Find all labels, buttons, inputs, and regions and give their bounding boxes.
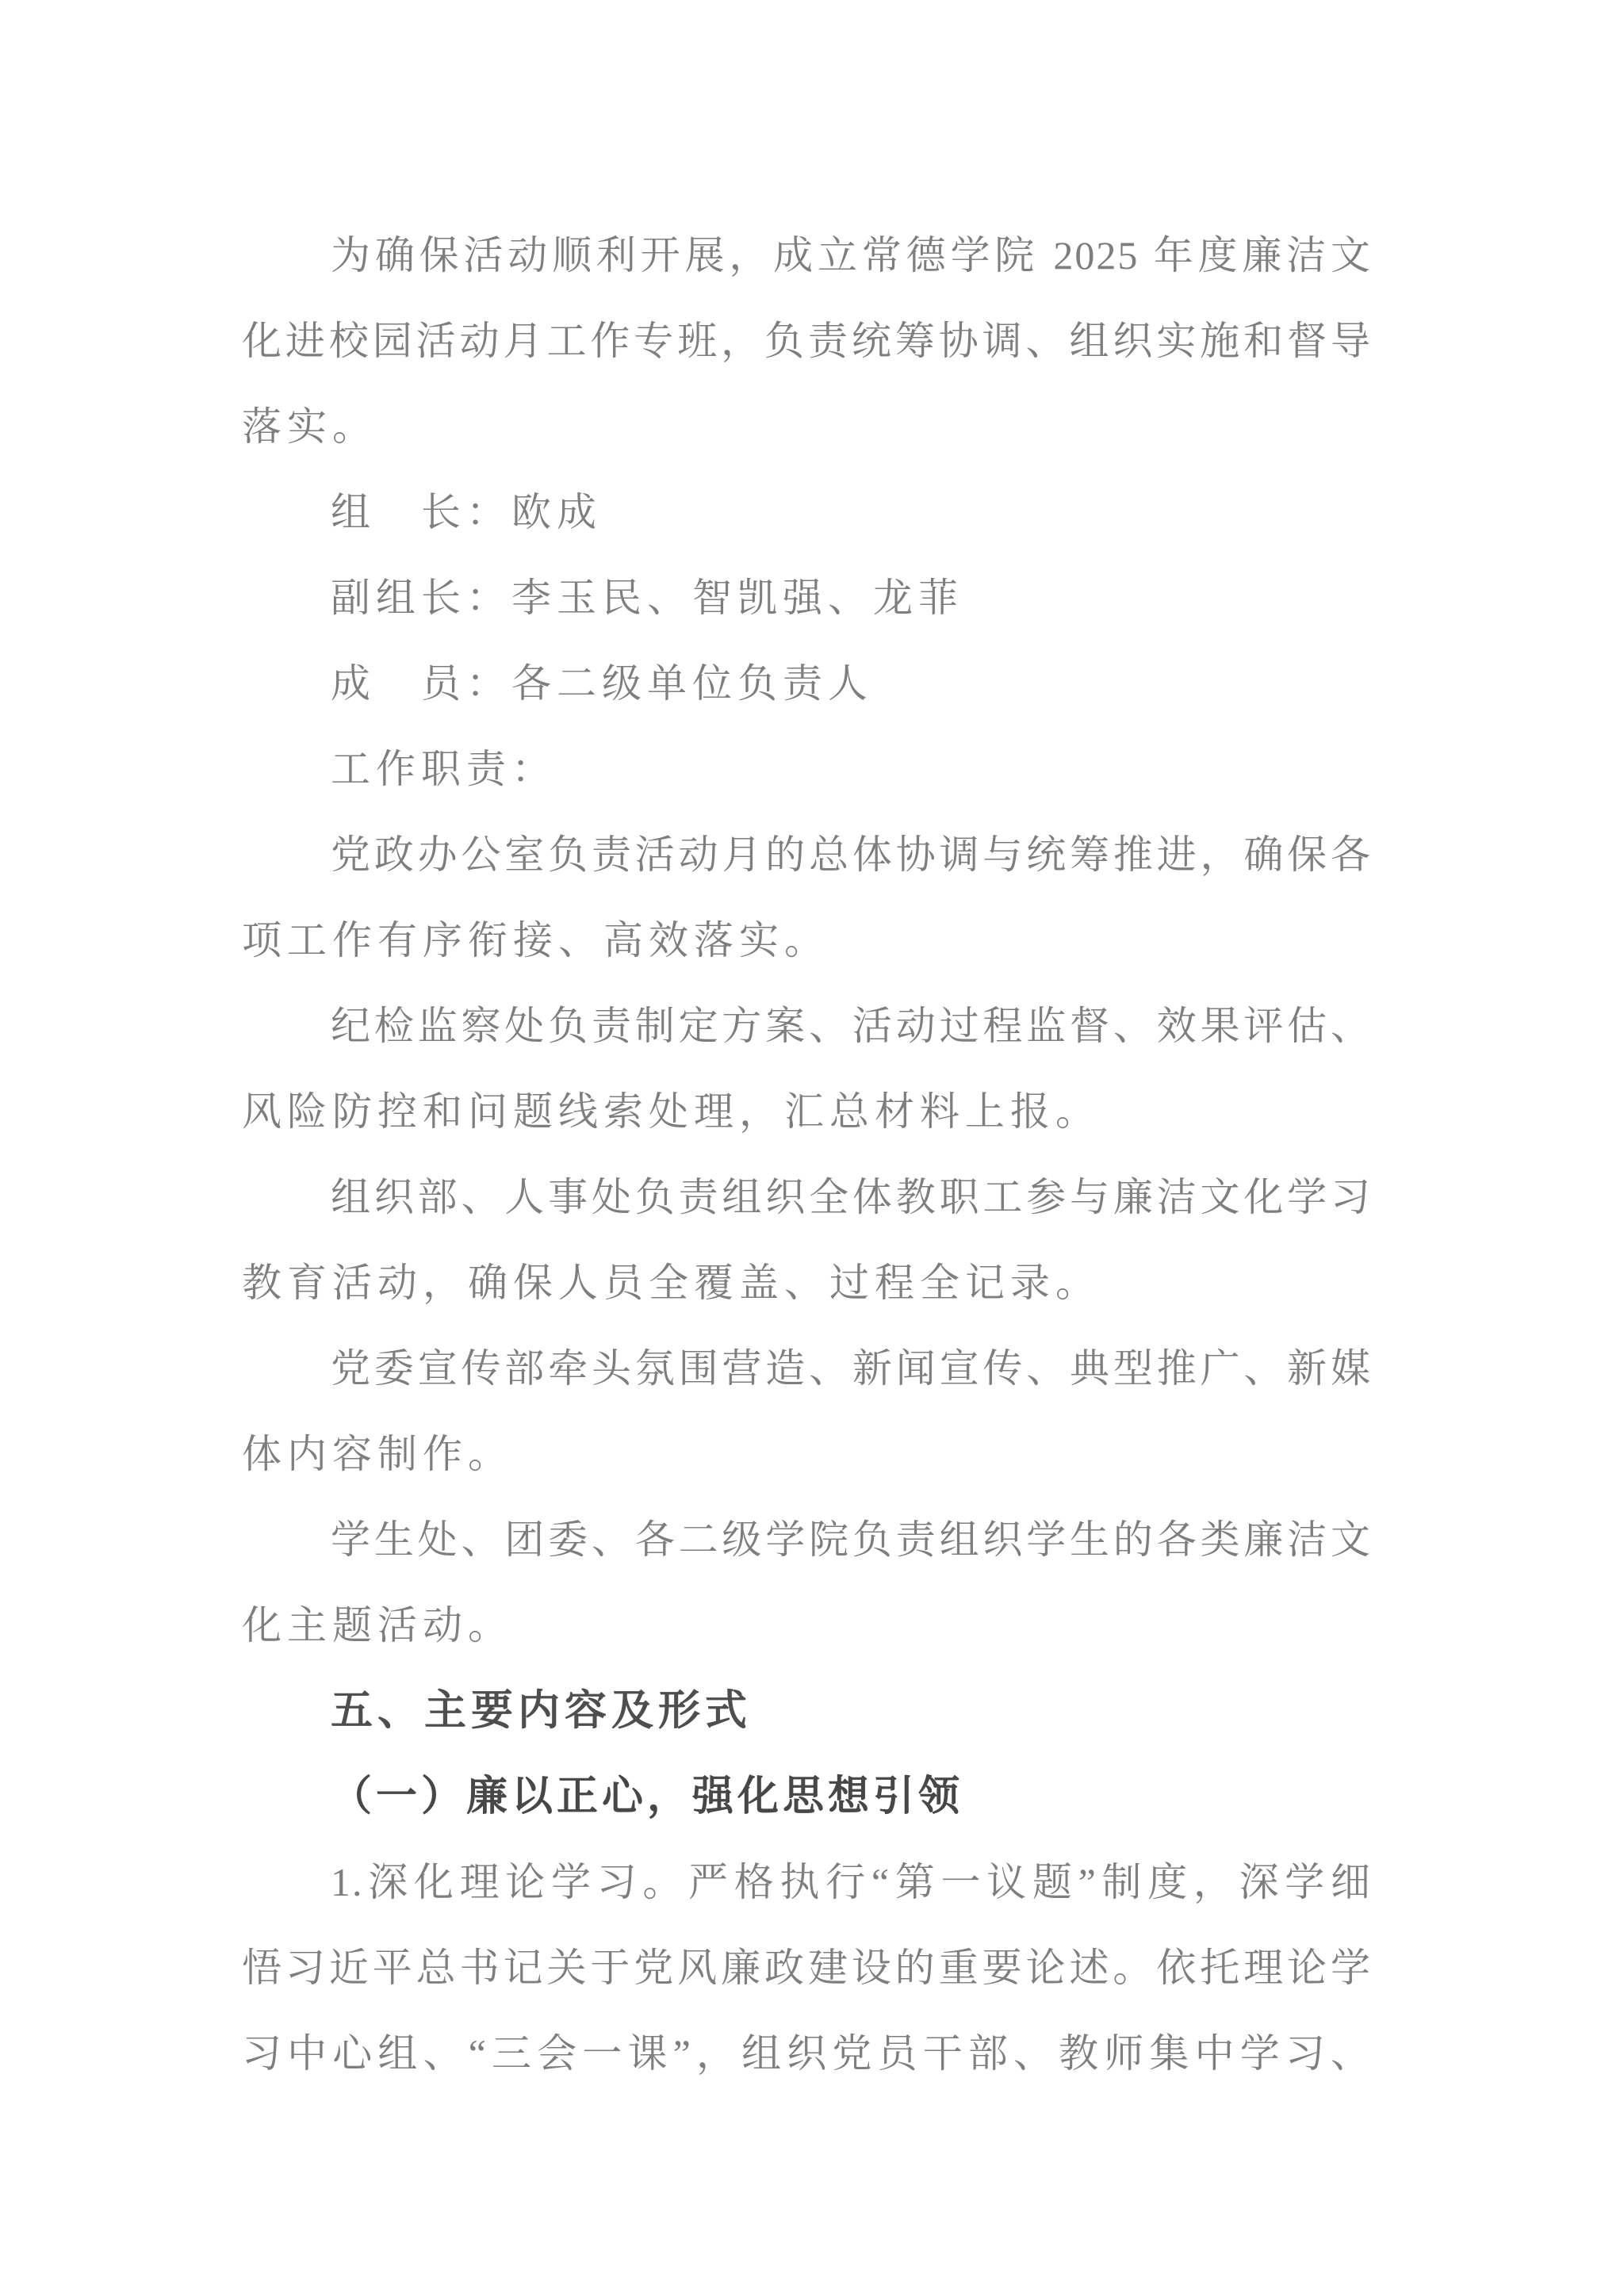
text-line: （一）廉以正心，强化思想引领 <box>242 1754 1372 1839</box>
text-line: 组 长：欧成 <box>242 469 1372 555</box>
document-page: 为确保活动顺利开展，成立常德学院 2025 年度廉洁文化进校园活动月工作专班，负… <box>0 0 1624 2296</box>
text-line: 组织部、人事处负责组织全体教职工参与廉洁文化学习 <box>242 1154 1372 1240</box>
text-line: 五、主要内容及形式 <box>242 1668 1372 1754</box>
text-line: 1.深化理论学习。严格执行“第一议题”制度，深学细 <box>242 1839 1372 1925</box>
text-line: 教育活动，确保人员全覆盖、过程全记录。 <box>242 1240 1372 1326</box>
text-line: 学生处、团委、各二级学院负责组织学生的各类廉洁文 <box>242 1497 1372 1582</box>
text-line: 风险防控和问题线索处理，汇总材料上报。 <box>242 1069 1372 1154</box>
text-line: 为确保活动顺利开展，成立常德学院 2025 年度廉洁文 <box>242 212 1372 298</box>
text-line: 副组长：李玉民、智凯强、龙菲 <box>242 555 1372 641</box>
text-line: 化进校园活动月工作专班，负责统筹协调、组织实施和督导 <box>242 298 1372 384</box>
text-line: 项工作有序衔接、高效落实。 <box>242 897 1372 983</box>
text-line: 党委宣传部牵头氛围营造、新闻宣传、典型推广、新媒 <box>242 1326 1372 1411</box>
text-line: 落实。 <box>242 384 1372 469</box>
text-line: 化主题活动。 <box>242 1582 1372 1668</box>
text-line: 工作职责： <box>242 726 1372 812</box>
text-line: 党政办公室负责活动月的总体协调与统筹推进，确保各 <box>242 812 1372 897</box>
document-text-block: 为确保活动顺利开展，成立常德学院 2025 年度廉洁文化进校园活动月工作专班，负… <box>242 212 1372 2096</box>
text-line: 习中心组、“三会一课”，组织党员干部、教师集中学习、 <box>242 2011 1372 2096</box>
text-line: 成 员：各二级单位负责人 <box>242 641 1372 726</box>
text-line: 悟习近平总书记关于党风廉政建设的重要论述。依托理论学 <box>242 1925 1372 2011</box>
text-line: 体内容制作。 <box>242 1411 1372 1497</box>
text-line: 纪检监察处负责制定方案、活动过程监督、效果评估、 <box>242 983 1372 1069</box>
